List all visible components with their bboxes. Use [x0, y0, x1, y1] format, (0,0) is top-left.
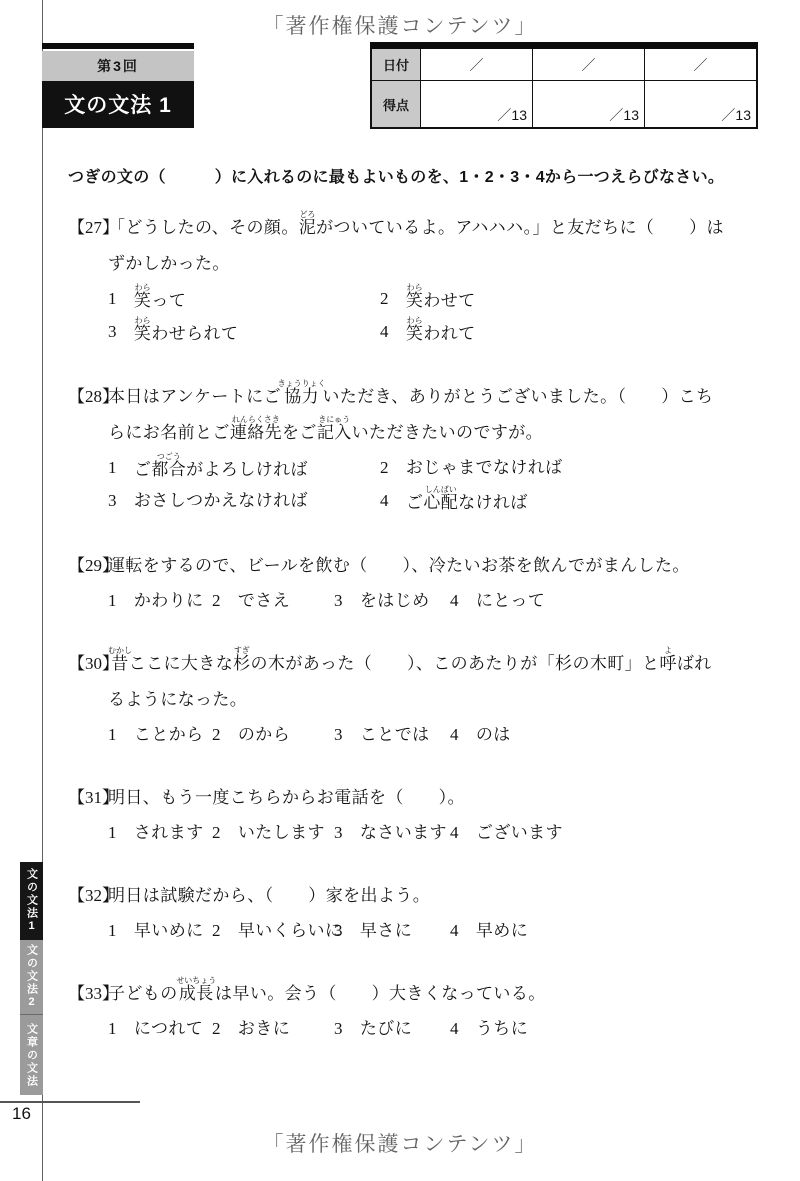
points-cell: ／13 [645, 81, 758, 129]
option-number: 2 [380, 283, 389, 316]
option-2: 2おじゃまでなければ [380, 452, 758, 485]
option-text: たびに [360, 1013, 412, 1044]
option-1: 1されます [108, 817, 212, 848]
option-2: 2でさえ [212, 585, 334, 616]
options: 1ご都合つごうがよろしければ2おじゃまでなければ3おさしつかえなければ4ご心配し… [108, 452, 758, 518]
option-text: おじゃまでなければ [406, 452, 563, 485]
option-4: 4早めに [450, 915, 758, 946]
option-number: 4 [450, 1013, 459, 1044]
option-text: ございます [476, 817, 563, 848]
question-32: 【32】明日は試験だから、（ ）家を出よう。1早いめに2早いくらいに3早さに4早… [68, 878, 758, 946]
option-text: 早いくらいに [238, 915, 342, 946]
option-1: 1ご都合つごうがよろしければ [108, 452, 380, 485]
question-number: 【31】 [68, 780, 108, 848]
option-number: 2 [212, 719, 221, 750]
question-30: 【30】昔むかしここに大きな杉すぎの木があった（ ）、このあたりが「杉の木町」と… [68, 646, 758, 750]
option-text: 早めに [476, 915, 528, 946]
option-4: 4うちに [450, 1013, 758, 1044]
option-text: ことから [134, 719, 204, 750]
option-number: 2 [212, 817, 221, 848]
option-number: 3 [108, 485, 117, 518]
question-number: 【29】 [68, 548, 108, 616]
option-4: 4にとって [450, 585, 758, 616]
title-box-top-bar [42, 43, 194, 49]
option-number: 1 [108, 915, 117, 946]
option-number: 3 [334, 817, 343, 848]
option-number: 4 [450, 817, 459, 848]
option-1: 1笑わらって [108, 283, 380, 316]
option-text: かわりに [134, 585, 204, 616]
question-number: 【28】 [68, 379, 108, 518]
score-table: 日付／／／得点／13／13／13 [370, 42, 758, 129]
option-2: 2おきに [212, 1013, 334, 1044]
question-number: 【30】 [68, 646, 108, 750]
date-cell: ／ [645, 46, 758, 81]
score-row-label: 得点 [371, 81, 421, 129]
question-31: 【31】明日、もう一度こちらからお電話を（ ）。1されます2いたします3なさいま… [68, 780, 758, 848]
option-number: 2 [212, 1013, 221, 1044]
main-content: つぎの文の（ ）に入れるのに最もよいものを、1・2・3・4から一つえらびなさい。… [68, 166, 758, 1074]
side-tabs: 文の文法1文の文法2文章の文法 [20, 862, 43, 1095]
option-3: 3おさしつかえなければ [108, 485, 380, 518]
option-4: 4ございます [450, 817, 758, 848]
option-number: 1 [108, 585, 117, 616]
date-cell: ／ [421, 46, 533, 81]
option-number: 2 [212, 585, 221, 616]
option-text: 早さに [360, 915, 412, 946]
option-3: 3なさいます [334, 817, 450, 848]
question-body: 本日はアンケートにご協力きょうりょくいただき、ありがとうございました。（ ）こち… [108, 379, 758, 518]
page-number: 16 [12, 1104, 31, 1124]
score-table-row: 得点／13／13／13 [371, 81, 757, 129]
option-1: 1早いめに [108, 915, 212, 946]
question-body: 「どうしたの、その顔。泥どろがついているよ。アハハハ。」と友だちに（ ）はずかし… [108, 210, 758, 349]
lesson-title: 文の文法 1 [42, 81, 194, 128]
question-28: 【28】本日はアンケートにご協力きょうりょくいただき、ありがとうございました。（… [68, 379, 758, 518]
instruction-text: つぎの文の（ ）に入れるのに最もよいものを、1・2・3・4から一つえらびなさい。 [68, 166, 758, 190]
option-number: 3 [334, 585, 343, 616]
option-1: 1につれて [108, 1013, 212, 1044]
option-text: うちに [476, 1013, 528, 1044]
question-text: 運転をするので、ビールを飲む（ ）、冷たいお茶を飲んでがまんした。 [108, 548, 758, 584]
option-2: 2笑わらわせて [380, 283, 758, 316]
question-body: 運転をするので、ビールを飲む（ ）、冷たいお茶を飲んでがまんした。1かわりに2で… [108, 548, 758, 616]
option-text: をはじめ [360, 585, 430, 616]
question-text: 昔むかしここに大きな杉すぎの木があった（ ）、このあたりが「杉の木町」と呼よばれ… [108, 646, 758, 718]
score-table-row: 日付／／／ [371, 46, 757, 81]
options: 1笑わらって2笑わらわせて3笑わらわせられて4笑わらわれて [108, 283, 758, 349]
option-number: 1 [108, 283, 117, 316]
option-number: 3 [334, 915, 343, 946]
option-text: 笑わらわせて [406, 283, 476, 316]
option-text: のは [476, 719, 511, 750]
question-33: 【33】子どもの成長せいちょうは早い。会う（ ）大きくなっている。1につれて2お… [68, 976, 758, 1044]
option-number: 1 [108, 1013, 117, 1044]
question-body: 明日、もう一度こちらからお電話を（ ）。1されます2いたします3なさいます4ござ… [108, 780, 758, 848]
question-body: 明日は試験だから、（ ）家を出よう。1早いめに2早いくらいに3早さに4早めに [108, 878, 758, 946]
option-4: 4笑わらわれて [380, 316, 758, 349]
options: 1につれて2おきに3たびに4うちに [108, 1013, 758, 1044]
option-number: 1 [108, 719, 117, 750]
option-number: 1 [108, 817, 117, 848]
copyright-watermark-top: 「著作権保護コンテンツ」 [0, 10, 800, 40]
copyright-watermark-bottom: 「著作権保護コンテンツ」 [0, 1128, 800, 1158]
option-3: 3早さに [334, 915, 450, 946]
footer-rule [0, 1101, 140, 1103]
side-tab-1: 文の文法1 [20, 862, 43, 940]
side-tab-2: 文の文法2 [20, 940, 43, 1014]
option-number: 3 [334, 1013, 343, 1044]
score-table-body: 日付／／／得点／13／13／13 [371, 46, 757, 129]
question-body: 昔むかしここに大きな杉すぎの木があった（ ）、このあたりが「杉の木町」と呼よばれ… [108, 646, 758, 750]
option-3: 3笑わらわせられて [108, 316, 380, 349]
question-text: 子どもの成長せいちょうは早い。会う（ ）大きくなっている。 [108, 976, 758, 1012]
option-number: 2 [380, 452, 389, 485]
question-number: 【27】 [68, 210, 108, 349]
option-3: 3ことでは [334, 719, 450, 750]
question-text: 明日、もう一度こちらからお電話を（ ）。 [108, 780, 758, 816]
option-number: 4 [380, 316, 389, 349]
option-4: 4のは [450, 719, 758, 750]
option-1: 1かわりに [108, 585, 212, 616]
question-number: 【33】 [68, 976, 108, 1044]
option-text: につれて [134, 1013, 203, 1044]
option-text: されます [134, 817, 204, 848]
question-29: 【29】運転をするので、ビールを飲む（ ）、冷たいお茶を飲んでがまんした。1かわ… [68, 548, 758, 616]
option-number: 3 [334, 719, 343, 750]
option-number: 4 [450, 719, 459, 750]
question-27: 【27】「どうしたの、その顔。泥どろがついているよ。アハハハ。」と友だちに（ ）… [68, 210, 758, 349]
question-text: 明日は試験だから、（ ）家を出よう。 [108, 878, 758, 914]
option-text: 笑わらわれて [406, 316, 476, 349]
option-number: 3 [108, 316, 117, 349]
question-number: 【32】 [68, 878, 108, 946]
option-text: なさいます [360, 817, 447, 848]
option-number: 4 [450, 915, 459, 946]
option-text: 笑わらわせられて [134, 316, 238, 349]
points-cell: ／13 [533, 81, 645, 129]
option-number: 4 [380, 485, 389, 518]
option-text: ことでは [360, 719, 430, 750]
option-2: 2早いくらいに [212, 915, 334, 946]
option-1: 1ことから [108, 719, 212, 750]
date-cell: ／ [533, 46, 645, 81]
options: 1されます2いたします3なさいます4ございます [108, 817, 758, 848]
side-tab-3: 文章の文法 [20, 1014, 43, 1095]
option-number: 2 [212, 915, 221, 946]
option-text: ご都合つごうがよろしければ [134, 452, 308, 485]
option-4: 4ご心配しんぱいなければ [380, 485, 758, 518]
lesson-round-label: 第3回 [42, 51, 194, 81]
option-text: おさしつかえなければ [134, 485, 308, 518]
question-body: 子どもの成長せいちょうは早い。会う（ ）大きくなっている。1につれて2おきに3た… [108, 976, 758, 1044]
question-text: 「どうしたの、その顔。泥どろがついているよ。アハハハ。」と友だちに（ ）はずかし… [108, 210, 758, 282]
option-text: 笑わらって [134, 283, 186, 316]
option-text: 早いめに [134, 915, 204, 946]
score-row-label: 日付 [371, 46, 421, 81]
option-text: でさえ [238, 585, 290, 616]
option-text: おきに [238, 1013, 290, 1044]
points-cell: ／13 [421, 81, 533, 129]
options: 1早いめに2早いくらいに3早さに4早めに [108, 915, 758, 946]
workbook-page: 「著作権保護コンテンツ」 第3回 文の文法 1 日付／／／得点／13／13／13… [0, 0, 800, 1181]
option-3: 3をはじめ [334, 585, 450, 616]
option-text: にとって [476, 585, 545, 616]
option-text: いたします [238, 817, 325, 848]
option-number: 4 [450, 585, 459, 616]
option-2: 2のから [212, 719, 334, 750]
option-text: ご心配しんぱいなければ [406, 485, 528, 518]
options: 1ことから2のから3ことでは4のは [108, 719, 758, 750]
option-2: 2いたします [212, 817, 334, 848]
option-text: のから [238, 719, 290, 750]
options: 1かわりに2でさえ3をはじめ4にとって [108, 585, 758, 616]
option-3: 3たびに [334, 1013, 450, 1044]
questions: 【27】「どうしたの、その顔。泥どろがついているよ。アハハハ。」と友だちに（ ）… [68, 210, 758, 1044]
question-text: 本日はアンケートにご協力きょうりょくいただき、ありがとうございました。（ ）こち… [108, 379, 758, 451]
option-number: 1 [108, 452, 117, 485]
lesson-title-box: 第3回 文の文法 1 [42, 43, 194, 128]
